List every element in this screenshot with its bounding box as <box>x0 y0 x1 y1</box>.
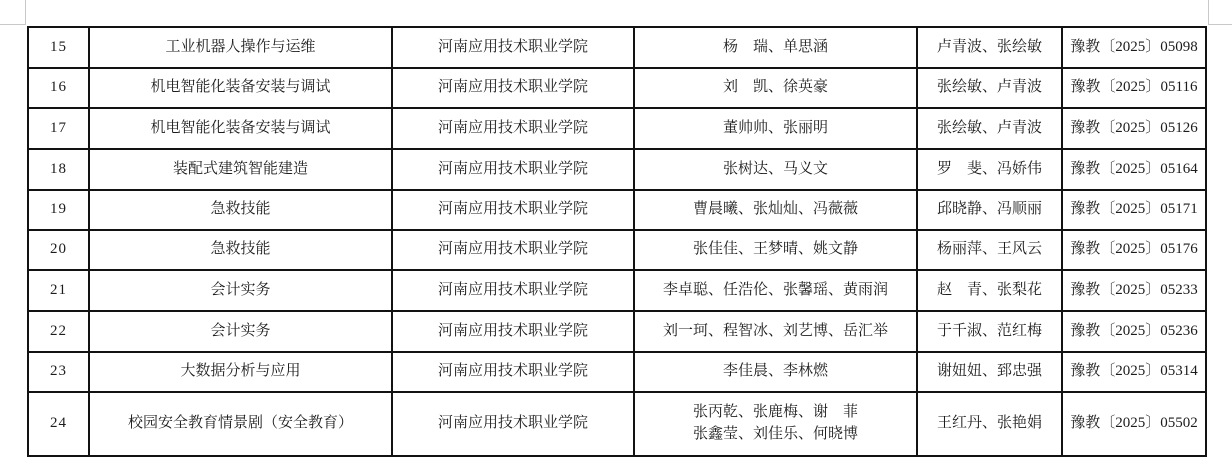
table-row: 15 工业机器人操作与运维 河南应用技术职业学院 杨 瑞、单思涵 卢青波、张绘敏… <box>28 27 1206 68</box>
page-gridline-corner-left <box>0 0 26 25</box>
teacher-names: 于千淑、范红梅 <box>917 311 1062 352</box>
event-name: 校园安全教育情景剧（安全教育） <box>89 392 392 456</box>
doc-number: 豫教〔2025〕05164 <box>1062 149 1206 190</box>
school-name: 河南应用技术职业学院 <box>392 311 634 352</box>
teacher-names: 张绘敏、卢青波 <box>917 108 1062 149</box>
table-row: 21 会计实务 河南应用技术职业学院 李卓聪、任浩伦、张馨瑶、黄雨润 赵 青、张… <box>28 270 1206 311</box>
teacher-names: 赵 青、张梨花 <box>917 270 1062 311</box>
student-names: 李佳晨、李林燃 <box>634 352 917 392</box>
doc-number: 豫教〔2025〕05098 <box>1062 27 1206 68</box>
table-row: 22 会计实务 河南应用技术职业学院 刘一珂、程智冰、刘艺博、岳汇举 于千淑、范… <box>28 311 1206 352</box>
doc-number: 豫教〔2025〕05126 <box>1062 108 1206 149</box>
table-row: 20 急救技能 河南应用技术职业学院 张佳佳、王梦晴、姚文静 杨丽萍、王风云 豫… <box>28 230 1206 270</box>
school-name: 河南应用技术职业学院 <box>392 68 634 108</box>
award-list-table: 15 工业机器人操作与运维 河南应用技术职业学院 杨 瑞、单思涵 卢青波、张绘敏… <box>27 26 1207 457</box>
school-name: 河南应用技术职业学院 <box>392 149 634 190</box>
teacher-names: 卢青波、张绘敏 <box>917 27 1062 68</box>
row-index: 19 <box>28 190 89 230</box>
table-row: 23 大数据分析与应用 河南应用技术职业学院 李佳晨、李林燃 谢妞妞、郅忠强 豫… <box>28 352 1206 392</box>
event-name: 会计实务 <box>89 270 392 311</box>
doc-number: 豫教〔2025〕05176 <box>1062 230 1206 270</box>
row-index: 23 <box>28 352 89 392</box>
row-index: 21 <box>28 270 89 311</box>
event-name: 装配式建筑智能建造 <box>89 149 392 190</box>
table-row: 19 急救技能 河南应用技术职业学院 曹晨曦、张灿灿、冯薇薇 邱晓静、冯顺丽 豫… <box>28 190 1206 230</box>
row-index: 22 <box>28 311 89 352</box>
school-name: 河南应用技术职业学院 <box>392 190 634 230</box>
event-name: 机电智能化装备安装与调试 <box>89 108 392 149</box>
doc-number: 豫教〔2025〕05171 <box>1062 190 1206 230</box>
student-names: 张树达、马义文 <box>634 149 917 190</box>
doc-number: 豫教〔2025〕05314 <box>1062 352 1206 392</box>
teacher-names: 杨丽萍、王风云 <box>917 230 1062 270</box>
teacher-names: 王红丹、张艳娟 <box>917 392 1062 456</box>
student-names: 董帅帅、张丽明 <box>634 108 917 149</box>
teacher-names: 谢妞妞、郅忠强 <box>917 352 1062 392</box>
event-name: 急救技能 <box>89 230 392 270</box>
student-names: 张佳佳、王梦晴、姚文静 <box>634 230 917 270</box>
document-page: { "page": { "background_color": "#ffffff… <box>0 0 1232 462</box>
student-names: 刘一珂、程智冰、刘艺博、岳汇举 <box>634 311 917 352</box>
teacher-names: 张绘敏、卢青波 <box>917 68 1062 108</box>
row-index: 20 <box>28 230 89 270</box>
teacher-names: 罗 斐、冯娇伟 <box>917 149 1062 190</box>
doc-number: 豫教〔2025〕05116 <box>1062 68 1206 108</box>
table-row: 24 校园安全教育情景剧（安全教育） 河南应用技术职业学院 张丙乾、张鹿梅、谢 … <box>28 392 1206 456</box>
school-name: 河南应用技术职业学院 <box>392 230 634 270</box>
teacher-names: 邱晓静、冯顺丽 <box>917 190 1062 230</box>
student-names: 曹晨曦、张灿灿、冯薇薇 <box>634 190 917 230</box>
row-index: 15 <box>28 27 89 68</box>
school-name: 河南应用技术职业学院 <box>392 108 634 149</box>
row-index: 18 <box>28 149 89 190</box>
student-names: 李卓聪、任浩伦、张馨瑶、黄雨润 <box>634 270 917 311</box>
table-row: 18 装配式建筑智能建造 河南应用技术职业学院 张树达、马义文 罗 斐、冯娇伟 … <box>28 149 1206 190</box>
school-name: 河南应用技术职业学院 <box>392 352 634 392</box>
student-names: 张丙乾、张鹿梅、谢 菲 张鑫莹、刘佳乐、何晓博 <box>634 392 917 456</box>
event-name: 工业机器人操作与运维 <box>89 27 392 68</box>
school-name: 河南应用技术职业学院 <box>392 392 634 456</box>
row-index: 24 <box>28 392 89 456</box>
event-name: 大数据分析与应用 <box>89 352 392 392</box>
row-index: 17 <box>28 108 89 149</box>
student-names: 刘 凯、徐英豪 <box>634 68 917 108</box>
school-name: 河南应用技术职业学院 <box>392 270 634 311</box>
doc-number: 豫教〔2025〕05502 <box>1062 392 1206 456</box>
event-name: 会计实务 <box>89 311 392 352</box>
row-index: 16 <box>28 68 89 108</box>
event-name: 急救技能 <box>89 190 392 230</box>
table-row: 17 机电智能化装备安装与调试 河南应用技术职业学院 董帅帅、张丽明 张绘敏、卢… <box>28 108 1206 149</box>
doc-number: 豫教〔2025〕05236 <box>1062 311 1206 352</box>
student-names: 杨 瑞、单思涵 <box>634 27 917 68</box>
table-row: 16 机电智能化装备安装与调试 河南应用技术职业学院 刘 凯、徐英豪 张绘敏、卢… <box>28 68 1206 108</box>
event-name: 机电智能化装备安装与调试 <box>89 68 392 108</box>
doc-number: 豫教〔2025〕05233 <box>1062 270 1206 311</box>
page-gridline-corner-right <box>1208 0 1232 25</box>
school-name: 河南应用技术职业学院 <box>392 27 634 68</box>
